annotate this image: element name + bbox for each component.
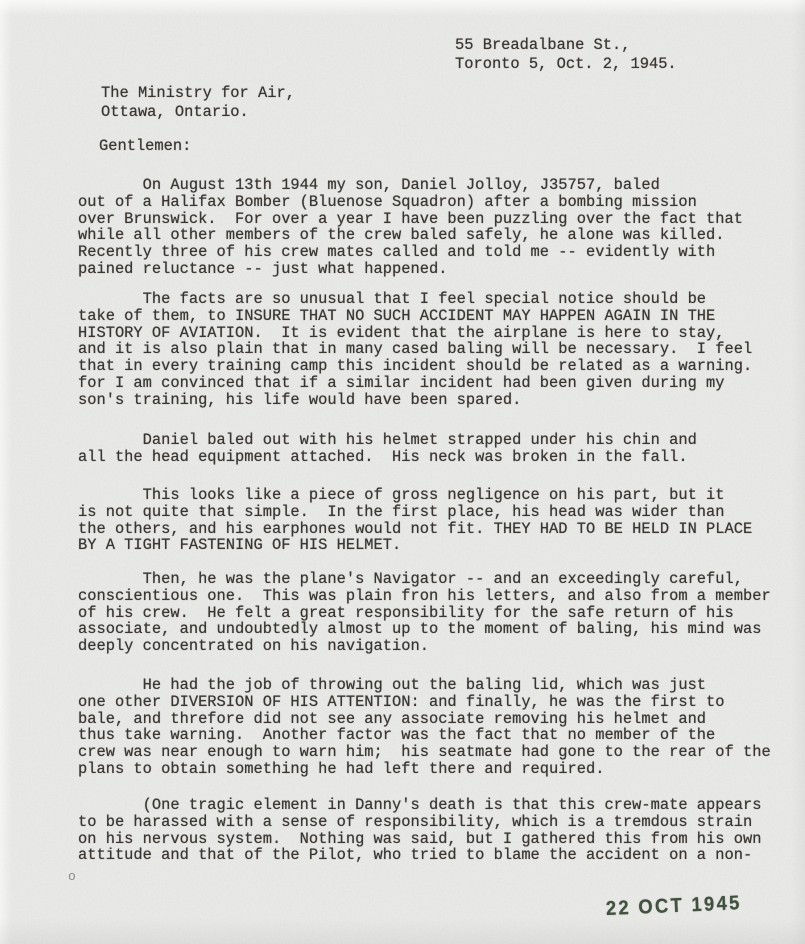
received-date-stamp: 22 OCT 1945 <box>605 892 742 921</box>
letter-page: 55 Breadalbane St., Toronto 5, Oct. 2, 1… <box>0 0 805 944</box>
text-line: Daniel baled out with his helmet strappe… <box>78 432 697 449</box>
text-line: pained reluctance -- just what happened. <box>78 261 743 278</box>
text-line: on his nervous system. Nothing was said,… <box>78 831 761 848</box>
paragraph-2: The facts are so unusual that I feel spe… <box>78 291 752 409</box>
text-line: This looks like a piece of gross neglige… <box>78 487 752 504</box>
text-line: bale, and threfore did not see any assoc… <box>78 711 771 728</box>
scan-edge-right <box>791 0 805 944</box>
text-line: The facts are so unusual that I feel spe… <box>78 291 752 308</box>
scan-edge-top <box>0 0 805 16</box>
text-line: out of a Halifax Bomber (Bluenose Squadr… <box>78 194 743 211</box>
salutation: Gentlemen: <box>99 138 191 155</box>
paragraph-6: He had the job of throwing out the balin… <box>78 677 771 778</box>
paragraph-7: (One tragic element in Danny's death is … <box>78 797 761 864</box>
text-line: and it is also plain that in many cased … <box>78 341 752 358</box>
paragraph-3: Daniel baled out with his helmet strappe… <box>78 432 697 466</box>
text-line: He had the job of throwing out the balin… <box>78 677 771 694</box>
text-line: all the head equipment attached. His nec… <box>78 449 697 466</box>
paragraph-4: This looks like a piece of gross neglige… <box>78 487 752 554</box>
text-line: BY A TIGHT FASTENING OF HIS HELMET. <box>78 537 752 554</box>
text-line: Recently three of his crew mates called … <box>78 244 743 261</box>
text-line: that in every training camp this inciden… <box>78 358 752 375</box>
paragraph-5: Then, he was the plane's Navigator -- an… <box>78 571 771 655</box>
recipient-line-1: The Ministry for Air, <box>101 84 295 103</box>
text-line: attitude and that of the Pilot, who trie… <box>78 847 761 864</box>
stray-ink-mark: o <box>68 869 76 884</box>
text-line: the others, and his earphones would not … <box>78 521 752 538</box>
text-line: crew was near enough to warn him; his se… <box>78 744 771 761</box>
recipient-address-block: The Ministry for Air, Ottawa, Ontario. <box>101 84 295 121</box>
text-line: son's training, his life would have been… <box>78 392 752 409</box>
sender-address-block: 55 Breadalbane St., Toronto 5, Oct. 2, 1… <box>455 36 677 73</box>
text-line: associate, and undoubtedly almost up to … <box>78 621 771 638</box>
scan-edge-left <box>0 0 12 944</box>
sender-address-line-2: Toronto 5, Oct. 2, 1945. <box>455 55 677 74</box>
text-line: thus take warning. Another factor was th… <box>78 727 771 744</box>
text-line: to be harassed with a sense of responsib… <box>78 814 761 831</box>
sender-address-line-1: 55 Breadalbane St., <box>455 36 677 55</box>
paragraph-1: On August 13th 1944 my son, Daniel Jollo… <box>78 177 743 278</box>
scan-edge-bottom <box>0 918 805 944</box>
text-line: On August 13th 1944 my son, Daniel Jollo… <box>78 177 743 194</box>
text-line: for I am convinced that if a similar inc… <box>78 375 752 392</box>
text-line: HISTORY OF AVIATION. It is evident that … <box>78 325 752 342</box>
text-line: take of them, to INSURE THAT NO SUCH ACC… <box>78 308 752 325</box>
recipient-line-2: Ottawa, Ontario. <box>101 103 295 122</box>
text-line: Then, he was the plane's Navigator -- an… <box>78 571 771 588</box>
text-line: while all other members of the crew bale… <box>78 227 743 244</box>
text-line: of his crew. He felt a great responsibil… <box>78 605 771 622</box>
text-line: over Brunswick. For over a year I have b… <box>78 211 743 228</box>
text-line: (One tragic element in Danny's death is … <box>78 797 761 814</box>
text-line: deeply concentrated on his navigation. <box>78 638 771 655</box>
text-line: is not quite that simple. In the first p… <box>78 504 752 521</box>
text-line: conscientious one. This was plain fron h… <box>78 588 771 605</box>
text-line: plans to obtain something he had left th… <box>78 761 771 778</box>
text-line: one other DIVERSION OF HIS ATTENTION: an… <box>78 694 771 711</box>
